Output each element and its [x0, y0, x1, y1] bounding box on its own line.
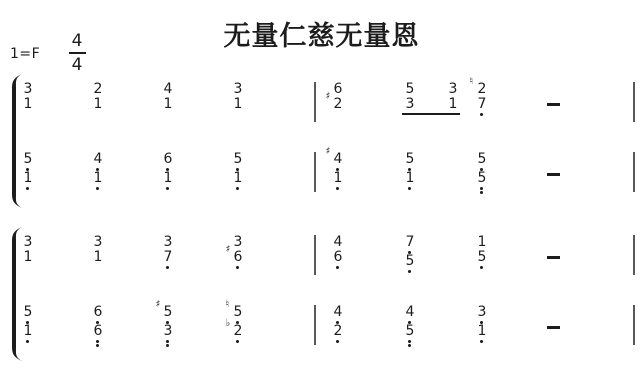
dash-note — [547, 173, 560, 176]
note-number: 1 — [164, 97, 173, 112]
note-number: 4 — [94, 152, 103, 167]
beat: 51 — [402, 152, 474, 194]
page-title: 无量仁慈无量恩 — [0, 14, 643, 53]
beat: 5♯3 — [160, 305, 230, 347]
music-system: 31313736♯46751551665♯35♮2♭424531 — [0, 229, 643, 363]
chord: 41 — [90, 152, 106, 190]
note-number: 2♭ — [234, 324, 243, 339]
chord: 55 — [474, 152, 490, 194]
note-number: 6 — [94, 324, 103, 339]
note-number: 1 — [334, 171, 343, 186]
note: 1 — [478, 324, 487, 343]
note-number: 1 — [406, 171, 415, 186]
octave-dot — [96, 344, 99, 347]
beat: 42 — [330, 305, 402, 347]
chord: 42 — [330, 305, 346, 343]
note: 6♯ — [234, 250, 243, 269]
beat: 5♮2♭ — [230, 305, 300, 347]
note-number: 5 — [234, 152, 243, 167]
note-number: 4 — [164, 82, 173, 97]
note: 1 — [406, 171, 415, 190]
octave-dot — [408, 187, 411, 190]
note-number: 3 — [164, 235, 173, 250]
note-number: 3 — [234, 82, 243, 97]
note-number: 6♯ — [234, 250, 243, 265]
note-number: 5 — [24, 152, 33, 167]
note: 3 — [164, 235, 173, 250]
note-number: 7 — [164, 250, 173, 265]
octave-dot — [480, 191, 483, 194]
chord: 5♮2♭ — [230, 305, 246, 343]
beat: 36♯ — [230, 235, 300, 269]
chord: 5♯3 — [160, 305, 176, 347]
note-number: 3 — [478, 305, 487, 320]
measure: 31313736♯ — [20, 235, 300, 269]
note: 5 — [478, 171, 487, 194]
note-number: 4 — [406, 305, 415, 320]
note-number: 5 — [478, 171, 487, 186]
beat: 4♯1 — [330, 152, 402, 194]
dash-note — [547, 326, 560, 329]
note: 5♮ — [234, 305, 243, 324]
note-number: 3 — [234, 235, 243, 250]
beat: 45 — [402, 305, 474, 347]
note-number: 5 — [406, 152, 415, 167]
beat: 21 — [90, 82, 160, 112]
note-number: 1 — [24, 97, 33, 112]
staff-row: 51665♯35♮2♭424531 — [0, 305, 643, 351]
note: 1 — [94, 171, 103, 190]
octave-dot — [236, 187, 239, 190]
beat — [546, 305, 618, 347]
note-number: 7 — [406, 235, 415, 250]
note-number: 5 — [406, 82, 415, 97]
chord: 36♯ — [230, 235, 246, 269]
note-number: 5 — [478, 152, 487, 167]
note: 1 — [24, 324, 33, 343]
note: 2♭ — [234, 324, 243, 343]
note-number: 1 — [94, 97, 103, 112]
chord: 51 — [20, 152, 36, 190]
note: 1 — [478, 235, 487, 250]
note: 4 — [334, 235, 343, 250]
octave-dot — [166, 266, 169, 269]
note-number: 5 — [406, 324, 415, 339]
note-number: 1 — [94, 250, 103, 265]
beat: 51 — [230, 152, 300, 190]
accidental-sharp: ♯ — [226, 245, 231, 255]
note-number: 6 — [164, 152, 173, 167]
beat: 37 — [160, 235, 230, 269]
note: 1 — [24, 250, 33, 265]
note-number: 5 — [24, 305, 33, 320]
measure: 31214131 — [20, 82, 300, 112]
beat: 31 — [474, 305, 546, 347]
barline — [314, 235, 316, 275]
barline — [633, 152, 635, 192]
note: 3 — [24, 82, 33, 97]
octave-dot — [166, 340, 169, 343]
note: 1 — [164, 97, 173, 112]
octave-dot — [236, 266, 239, 269]
note-number: 1 — [449, 97, 458, 112]
octave-dot — [26, 187, 29, 190]
note: 1 — [94, 250, 103, 265]
chord: 51 — [230, 152, 246, 190]
note: 7 — [164, 250, 173, 269]
note-number: 6 — [94, 305, 103, 320]
note: 3 — [449, 82, 458, 97]
eighth-note-pair: 5331 — [402, 82, 474, 112]
note-number: 5 — [478, 250, 487, 265]
chord: 75 — [402, 235, 418, 273]
note-number: 1 — [234, 97, 243, 112]
accidental-sharp: ♯ — [326, 147, 331, 157]
measure: 51665♯35♮2♭ — [20, 305, 300, 347]
chord: 62♯ — [330, 82, 346, 112]
note: 5 — [406, 152, 415, 171]
note: 6 — [164, 152, 173, 171]
barline — [633, 305, 635, 345]
octave-dot — [166, 187, 169, 190]
note-number: 3 — [164, 324, 173, 339]
octave-dot — [408, 344, 411, 347]
staff-row: 31313736♯467515 — [0, 235, 643, 281]
note: 1 — [334, 171, 343, 190]
barline — [633, 82, 635, 122]
note-number: 1 — [164, 171, 173, 186]
accidental-flat: ♭ — [226, 319, 231, 329]
beat: 5331 — [402, 82, 474, 116]
barline — [314, 305, 316, 345]
note: 3 — [164, 324, 173, 347]
note: 7 — [478, 97, 487, 116]
measure: 62♯53312♮7 — [330, 82, 618, 116]
note-number: 4 — [334, 235, 343, 250]
note: 5 — [406, 324, 415, 347]
note-number: 1 — [478, 324, 487, 339]
chord: 31 — [445, 82, 461, 112]
octave-dot — [336, 266, 339, 269]
note-number: 1 — [234, 171, 243, 186]
octave-dot — [480, 113, 483, 116]
note-number: 5♯ — [164, 305, 173, 320]
dash-note — [547, 103, 560, 106]
note-number: 2 — [334, 324, 343, 339]
beat: 61 — [160, 152, 230, 190]
note: 6 — [334, 82, 343, 97]
chord: 51 — [402, 152, 418, 190]
beat: 41 — [160, 82, 230, 112]
chord: 66 — [90, 305, 106, 347]
chord: 41 — [160, 82, 176, 112]
octave-dot — [96, 187, 99, 190]
barline — [314, 82, 316, 122]
chord: 45 — [402, 305, 418, 347]
note-number: 3 — [24, 235, 33, 250]
note: 5 — [24, 305, 33, 324]
staff-row: 3121413162♯53312♮7 — [0, 82, 643, 128]
note: 2♯ — [334, 97, 343, 112]
beat — [546, 235, 618, 273]
note: 2♮ — [478, 82, 487, 97]
chord: 51 — [20, 305, 36, 343]
note-number: 2 — [94, 82, 103, 97]
eighth-underline — [402, 113, 460, 115]
chord: 31 — [20, 235, 36, 265]
chord: 4♯1 — [330, 152, 346, 190]
beat: 2♮7 — [474, 82, 546, 116]
chord: 31 — [230, 82, 246, 112]
chord: 37 — [160, 235, 176, 269]
note: 5 — [406, 82, 415, 97]
note: 1 — [94, 97, 103, 112]
note-number: 6 — [334, 250, 343, 265]
note-number: 1 — [24, 250, 33, 265]
octave-dot — [408, 270, 411, 273]
dash-note — [547, 256, 560, 259]
note-number: 4 — [334, 305, 343, 320]
note-number: 7 — [478, 97, 487, 112]
note: 3 — [24, 235, 33, 250]
note: 1 — [234, 97, 243, 112]
chord: 31 — [474, 305, 490, 343]
accidental-natural: ♮ — [470, 77, 474, 87]
beat: 62♯ — [330, 82, 402, 116]
staff-row: 514161514♯15155 — [0, 152, 643, 198]
octave-dot — [336, 340, 339, 343]
octave-dot — [236, 340, 239, 343]
note: 2 — [334, 324, 343, 343]
chord: 21 — [90, 82, 106, 112]
accidental-sharp: ♯ — [326, 92, 331, 102]
note-number: 3 — [24, 82, 33, 97]
note-number: 1 — [94, 171, 103, 186]
note: 3 — [406, 97, 415, 112]
note: 3 — [478, 305, 487, 324]
barline — [314, 152, 316, 192]
note: 5 — [234, 152, 243, 171]
octave-dot — [408, 340, 411, 343]
time-signature-denominator: 4 — [72, 55, 83, 75]
chord: 53 — [402, 82, 418, 112]
beat: 75 — [402, 235, 474, 273]
note-number: 1 — [24, 324, 33, 339]
measure: 467515 — [330, 235, 618, 273]
note: 1 — [24, 171, 33, 190]
note: 1 — [234, 171, 243, 190]
chord: 2♮7 — [474, 82, 490, 116]
note: 7 — [406, 235, 415, 254]
chord: 31 — [90, 235, 106, 265]
barline — [633, 235, 635, 275]
beat: 46 — [330, 235, 402, 273]
note: 6 — [94, 324, 103, 347]
note-number: 3 — [94, 235, 103, 250]
octave-dot — [480, 340, 483, 343]
note-number: 2♮ — [478, 82, 487, 97]
octave-dot — [166, 344, 169, 347]
note: 1 — [449, 97, 458, 112]
beat: 31 — [20, 82, 90, 112]
note: 6 — [94, 305, 103, 324]
chord: 31 — [20, 82, 36, 112]
octave-dot — [480, 266, 483, 269]
octave-dot — [480, 187, 483, 190]
chord: 61 — [160, 152, 176, 190]
accidental-sharp: ♯ — [156, 300, 161, 310]
note: 3 — [234, 235, 243, 250]
chord: 46 — [330, 235, 346, 269]
measure: 51416151 — [20, 152, 300, 190]
beat: 51 — [20, 152, 90, 190]
note: 1 — [24, 97, 33, 112]
note: 2 — [94, 82, 103, 97]
note: 4 — [406, 305, 415, 324]
note: 5 — [406, 254, 415, 273]
beat — [546, 82, 618, 116]
note: 4 — [334, 305, 343, 324]
note-number: 1 — [24, 171, 33, 186]
note-number: 6 — [334, 82, 343, 97]
beat: 55 — [474, 152, 546, 194]
note: 4 — [94, 152, 103, 171]
note: 5 — [478, 250, 487, 269]
note: 5 — [24, 152, 33, 171]
note-number: 1 — [478, 235, 487, 250]
beat: 31 — [20, 235, 90, 269]
note-number: 2♯ — [334, 97, 343, 112]
beat: 15 — [474, 235, 546, 273]
note: 1 — [164, 171, 173, 190]
note-number: 5♮ — [234, 305, 243, 320]
chord: 15 — [474, 235, 490, 269]
note-number: 5 — [406, 254, 415, 269]
note-number: 3 — [406, 97, 415, 112]
octave-dot — [336, 187, 339, 190]
measure: 4♯15155 — [330, 152, 618, 194]
beat: 66 — [90, 305, 160, 347]
beat — [546, 152, 618, 194]
octave-dot — [26, 340, 29, 343]
note: 4 — [164, 82, 173, 97]
note: 3 — [94, 235, 103, 250]
sheet-music-page: 1=F 4 4 无量仁慈无量恩 3121413162♯53312♮7514161… — [0, 0, 643, 375]
beat: 51 — [20, 305, 90, 347]
note-number: 3 — [449, 82, 458, 97]
note: 5 — [478, 152, 487, 171]
octave-dot — [96, 340, 99, 343]
music-system: 3121413162♯53312♮7514161514♯15155 — [0, 76, 643, 210]
accidental-natural: ♮ — [226, 300, 230, 310]
measure: 424531 — [330, 305, 618, 347]
beat: 31 — [90, 235, 160, 269]
note: 6 — [334, 250, 343, 269]
note: 3 — [234, 82, 243, 97]
note: 5♯ — [164, 305, 173, 324]
beat: 31 — [230, 82, 300, 112]
note-number: 4♯ — [334, 152, 343, 167]
note: 4♯ — [334, 152, 343, 171]
beat: 41 — [90, 152, 160, 190]
